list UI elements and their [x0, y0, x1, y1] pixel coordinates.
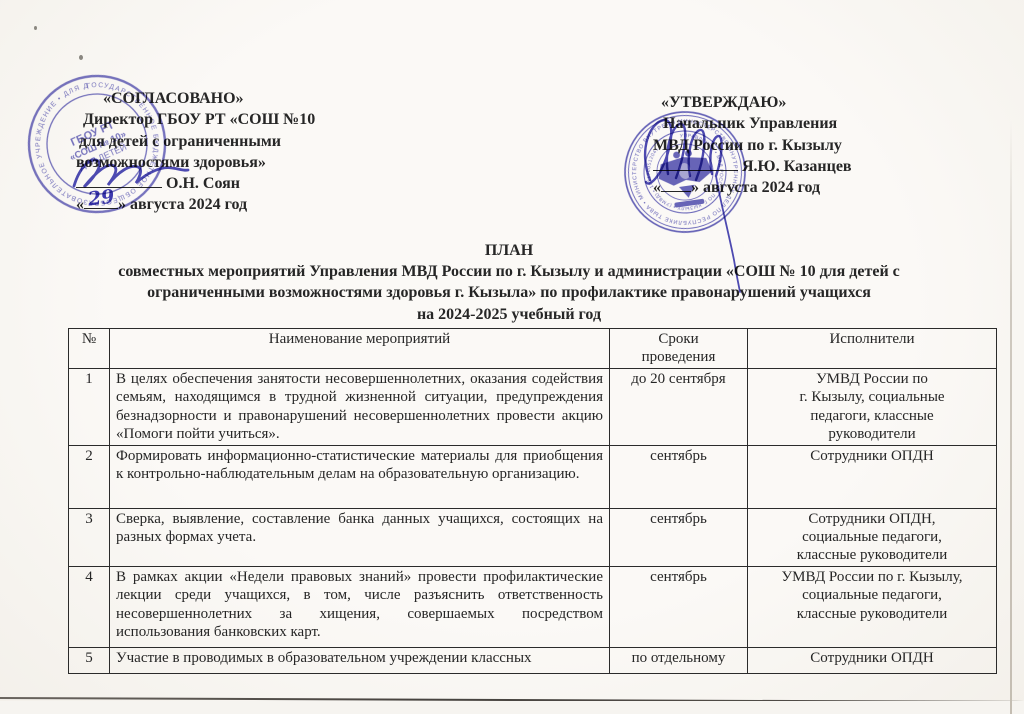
table-row: 5 Участие в проводимых в образовательном…: [69, 647, 997, 673]
approve-date-line: «» августа 2024 год: [653, 177, 933, 198]
agreed-signature-line: О.Н. Соян: [76, 173, 346, 194]
row-number: 5: [69, 647, 110, 673]
table-row: 1 В целях обеспечения занятости несоверш…: [69, 369, 997, 446]
date-open-quote: «: [76, 196, 84, 213]
row-activity: Формировать информационно-статистические…: [110, 445, 610, 508]
row-period: сентябрь: [610, 508, 748, 566]
agreed-line: для детей с ограниченными: [76, 131, 346, 152]
row-executors: УМВД России по г. Кызылу, социальные пед…: [748, 566, 997, 647]
date-open-quote: «: [653, 179, 661, 196]
handwritten-day: 29: [87, 187, 116, 211]
row-activity: В рамках акции «Недели правовых знаний» …: [110, 566, 610, 647]
table-row: 4 В рамках акции «Недели правовых знаний…: [69, 566, 997, 647]
approve-signature-line: Я.Ю. Казанцев: [653, 156, 933, 177]
table-row: 3 Сверка, выявление, составление банка д…: [69, 508, 997, 566]
approve-line: Начальник Управления: [653, 113, 933, 134]
row-activity: Сверка, выявление, составление банка дан…: [110, 508, 610, 566]
agreed-block: «СОГЛАСОВАНО» Директор ГБОУ РТ «СОШ №10 …: [76, 88, 346, 216]
approve-signer-name: Я.Ю. Казанцев: [742, 158, 852, 175]
document-title: ПЛАН совместных мероприятий Управления М…: [60, 240, 958, 325]
header-period: Сроки проведения: [610, 329, 748, 369]
plan-table: № Наименование мероприятий Сроки проведе…: [68, 328, 997, 674]
row-period: до 20 сентября: [610, 369, 748, 446]
approve-block: «УТВЕРЖДАЮ» Начальник Управления МВД Рос…: [653, 92, 933, 198]
approve-line: МВД России по г. Кызылу: [653, 135, 933, 156]
scanned-document-page: «СОГЛАСОВАНО» Директор ГБОУ РТ «СОШ №10 …: [0, 0, 1024, 714]
title-line-4: на 2024-2025 учебный год: [60, 304, 958, 325]
row-number: 1: [69, 369, 110, 446]
title-line-3: ограниченными возможностями здоровья г. …: [60, 282, 958, 303]
row-executors: Сотрудники ОПДН, социальные педагоги, кл…: [748, 508, 997, 566]
row-period: по отдельному: [610, 647, 748, 673]
title-line-2: совместных мероприятий Управления МВД Ро…: [60, 261, 958, 282]
row-number: 2: [69, 445, 110, 508]
header-num: №: [69, 329, 110, 369]
approve-title: «УТВЕРЖДАЮ»: [653, 92, 933, 113]
agreed-title: «СОГЛАСОВАНО»: [76, 88, 346, 109]
signature-blank: [76, 173, 162, 188]
row-number: 4: [69, 566, 110, 647]
header-executors: Исполнители: [748, 329, 997, 369]
date-text: » августа 2024 год: [691, 179, 820, 196]
date-blank: [661, 177, 691, 192]
scan-background-strip: [0, 701, 1024, 714]
agreed-signer-name: О.Н. Соян: [166, 175, 240, 192]
row-executors: УМВД России по г. Кызылу, социальные пед…: [748, 369, 997, 446]
row-period: сентябрь: [610, 566, 748, 647]
row-period: сентябрь: [610, 445, 748, 508]
date-text: » августа 2024 год: [118, 196, 247, 213]
title-line-1: ПЛАН: [60, 240, 958, 261]
row-executors: Сотрудники ОПДН: [748, 445, 997, 508]
agreed-line: возможностями здоровья»: [76, 152, 346, 173]
row-number: 3: [69, 508, 110, 566]
agreed-line: Директор ГБОУ РТ «СОШ №10: [76, 109, 346, 130]
table-row: 2 Формировать информационно-статистическ…: [69, 445, 997, 508]
table-header-row: № Наименование мероприятий Сроки проведе…: [69, 329, 997, 369]
scan-page-right-edge: [1010, 120, 1012, 714]
agreed-date-line: «29» августа 2024 год: [76, 194, 346, 215]
header-name: Наименование мероприятий: [110, 329, 610, 369]
signature-blank: [653, 156, 738, 171]
date-blank: 29: [84, 194, 118, 209]
row-executors: Сотрудники ОПДН: [748, 647, 997, 673]
scan-speck: [34, 26, 37, 30]
scan-speck: [79, 55, 83, 60]
row-activity: Участие в проводимых в образовательном у…: [110, 647, 610, 673]
row-activity: В целях обеспечения занятости несовершен…: [110, 369, 610, 446]
